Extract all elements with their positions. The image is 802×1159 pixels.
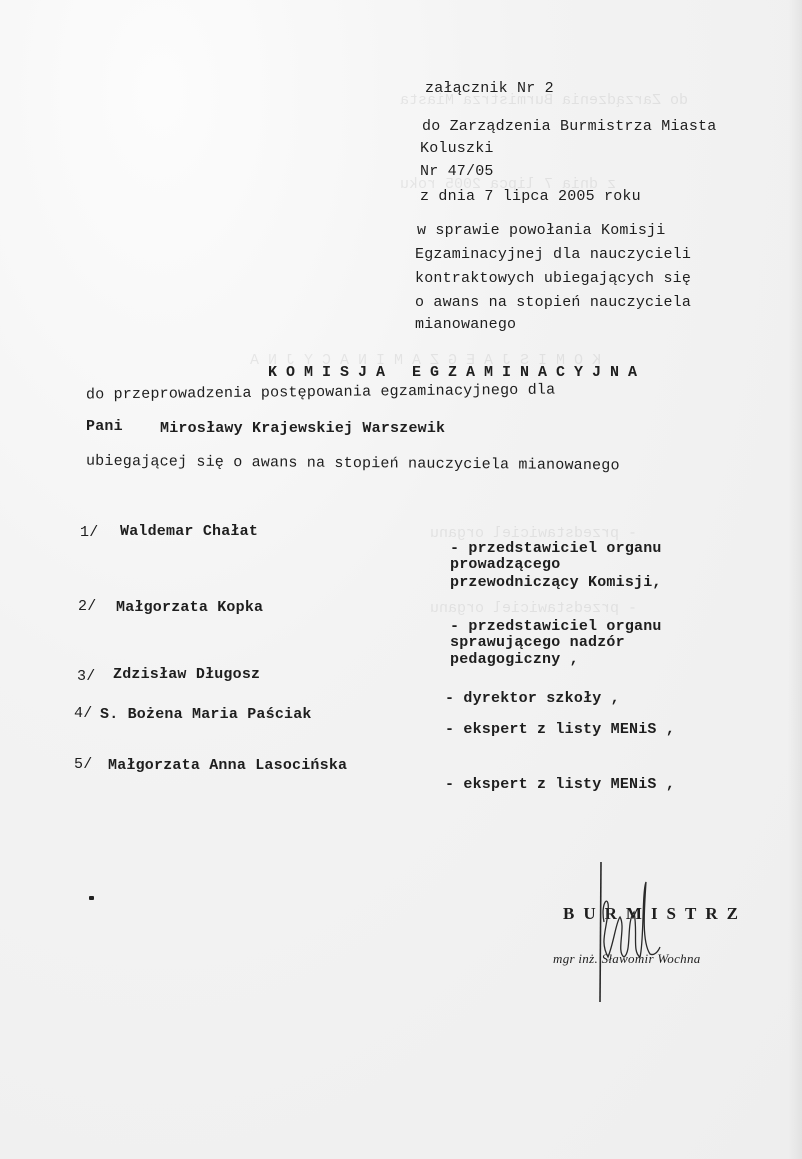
member-1-index: 1/ (80, 524, 98, 542)
ordinance-number: Nr 47/05 (420, 163, 494, 181)
member-5-index: 5/ (74, 756, 92, 774)
ordinance-line-1: do Zarządzenia Burmistrza Miasta (422, 118, 716, 136)
member-2-role-3: pedagogiczny , (450, 651, 579, 669)
member-5-role: - ekspert z listy MENiS , (445, 776, 675, 794)
intro-line-3: ubiegającej się o awans na stopień naucz… (86, 453, 620, 476)
scanned-document-page: do Zarządzenia Burmistrza Miasta z dnia … (0, 0, 802, 1159)
subject-line-4: o awans na stopień nauczyciela (415, 294, 691, 312)
member-4-name: S. Bożena Maria Paściak (100, 706, 312, 724)
intro-line-1: do przeprowadzenia postępowania egzamina… (86, 382, 555, 405)
ordinance-date: z dnia 7 lipca 2005 roku (420, 188, 641, 206)
candidate-name: Mirosławy Krajewskiej Warszewik (160, 420, 445, 438)
bleed-through-text: - przedstawiciel organu (430, 600, 637, 618)
member-5-name: Małgorzata Anna Lasocińska (108, 757, 347, 775)
handwritten-signature-icon (586, 862, 666, 1002)
document-title: KOMISJA EGZAMINACYJNA (268, 364, 646, 382)
ordinance-line-2: Koluszki (420, 140, 494, 158)
member-1-role-2: prowadzącego (450, 556, 560, 574)
member-3-role: - dyrektor szkoły , (445, 690, 620, 708)
intro-pani-label: Pani (86, 418, 123, 436)
member-1-role-3: przewodniczący Komisji, (450, 574, 662, 592)
subject-line-1: w sprawie powołania Komisji (417, 222, 665, 240)
member-4-role: - ekspert z listy MENiS , (445, 721, 675, 739)
annex-label: załącznik Nr 2 (425, 80, 554, 98)
member-2-index: 2/ (78, 598, 96, 616)
subject-line-5: mianowanego (415, 316, 516, 334)
member-2-role-2: sprawującego nadzór (450, 634, 625, 652)
member-1-name: Waldemar Chałat (120, 523, 258, 541)
subject-line-3: kontraktowych ubiegających się (415, 270, 691, 288)
member-3-name: Zdzisław Długosz (113, 666, 260, 684)
member-4-index: 4/ (74, 705, 92, 723)
member-2-name: Małgorzata Kopka (116, 599, 263, 617)
ink-speck (89, 896, 94, 900)
subject-line-2: Egzaminacyjnej dla nauczycieli (415, 246, 691, 264)
member-3-index: 3/ (77, 668, 95, 686)
